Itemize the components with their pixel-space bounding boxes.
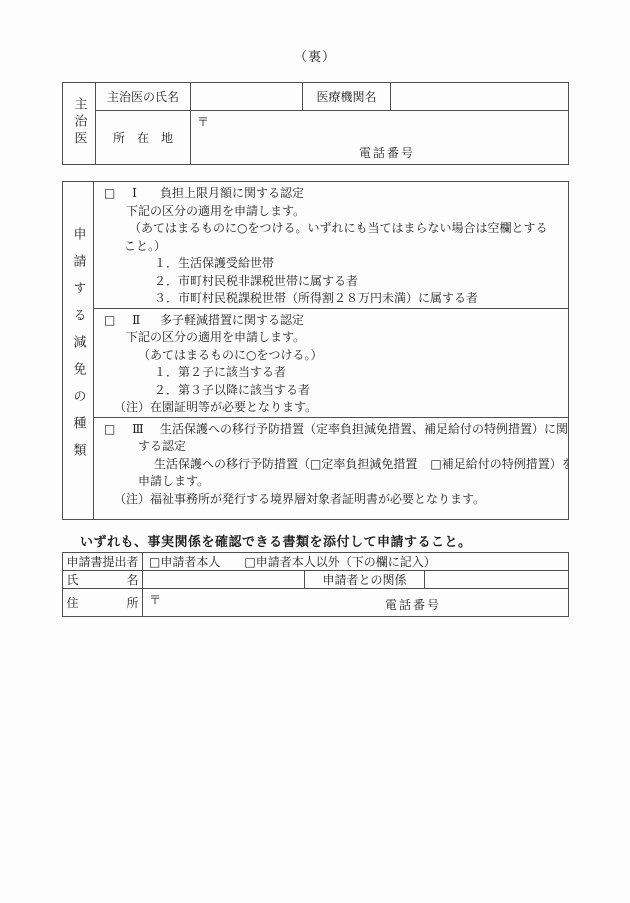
section-3-header: □ Ⅲ 生活保護への移行予防措置（定率負担減免措置、補足給付の特例措置）に関 [94,421,564,439]
section-3-cell: □ Ⅲ 生活保護への移行予防措置（定率負担減免措置、補足給付の特例措置）に関 す… [94,417,569,519]
flat-rate-reduction-label: 定率負担減免措置 [321,457,417,471]
section-2-note: （注）在園証明等が必要となります。 [94,399,564,417]
postal-mark-icon: 〒 [149,593,161,607]
section-1-item-1: １．生活保護受給世帯 [94,255,564,273]
section-1-header: □ Ⅰ 負担上限月額に関する認定 [94,185,564,203]
section-1-line-1: 下記の区分の適用を申請します。 [94,203,564,221]
postal-mark-icon: 〒 [197,115,209,129]
submitter-address-label: 住 所 [63,588,143,616]
section-3-apply-line: 生活保護への移行予防措置（□定率負担減免措置□補足給付の特例措置）を [94,456,564,474]
flat-rate-reduction-checkbox[interactable]: □ [310,457,321,471]
section-1-title: 負担上限月額に関する認定 [160,186,304,200]
doctor-group-label: 主治医 [70,97,89,148]
relation-label: 申請者との関係 [305,570,425,588]
applicant-other-checkbox[interactable]: □ [244,555,255,569]
attachment-note: いずれも、事実関係を確認できる書類を添付して申請すること。 [80,531,630,550]
application-group-label-cell: 申請する減免の種類 [63,182,94,520]
section-3-apply-pre: 生活保護への移行予防措置（ [154,457,310,471]
supplementary-benefit-label: 補足給付の特例措置 [442,457,550,471]
submitter-name-label: 氏 名 [63,570,143,588]
doctor-phone-label: 電話番号 [359,144,415,161]
institution-field[interactable] [391,83,569,111]
doctor-table: 主治医 主治医の氏名 医療機関名 所 在 地 〒 電話番号 [62,82,569,165]
submitter-label: 申請書提出者 [63,552,143,570]
submitter-options-cell: □申請者本人□申請者本人以外（下の欄に記入） [143,552,569,570]
section-1-cell: □ Ⅰ 負担上限月額に関する認定 下記の区分の適用を申請します。 （あてはまるも… [94,182,569,309]
section-3-apply-post: ）を [550,457,569,471]
section-2-title: 多子軽減措置に関する認定 [160,313,304,327]
page-side-label: （裏） [0,0,630,65]
section-3-note: （注）福祉事務所が発行する境界層対象者証明書が必要となります。 [94,491,564,509]
doctor-address-label: 所 在 地 [96,111,191,165]
doctor-address-field[interactable]: 〒 電話番号 [191,111,569,165]
section-2-line-2: （あてはまるものに○をつける。） [94,347,564,365]
section-3-checkbox[interactable]: □ [104,422,115,436]
doctor-name-field[interactable] [191,83,303,111]
section-2-item-1: １．第２子に該当する者 [94,364,564,382]
section-1-item-3: ３．市町村民税課税世帯（所得割２８万円未満）に属する者 [94,290,564,308]
section-1-line-3: こと。） [94,238,564,256]
section-3-numeral: Ⅲ [132,421,148,439]
applicant-self-label: 申請者本人 [160,555,220,569]
form-page-back: （裏） 主治医 主治医の氏名 医療機関名 所 在 地 〒 電話番号 申請する減免… [0,0,630,903]
doctor-name-label: 主治医の氏名 [96,83,191,111]
applicant-self-checkbox[interactable]: □ [149,555,160,569]
section-2-line-1: 下記の区分の適用を申請します。 [94,329,564,347]
section-1-item-2: ２．市町村民税非課税世帯に属する者 [94,273,564,291]
section-1-numeral: Ⅰ [132,185,148,203]
section-3-title: 生活保護への移行予防措置（定率負担減免措置、補足給付の特例措置）に関 [160,422,568,436]
section-2-header: □ Ⅱ 多子軽減措置に関する認定 [94,312,564,330]
section-1-checkbox[interactable]: □ [104,186,115,200]
applicant-other-label: 申請者本人以外（下の欄に記入） [256,555,436,569]
application-group-label: 申請する減免の種類 [69,227,88,470]
section-2-numeral: Ⅱ [132,312,148,330]
section-2-item-2: ２．第３子以降に該当する者 [94,382,564,400]
supplementary-benefit-checkbox[interactable]: □ [430,457,441,471]
section-2-checkbox[interactable]: □ [104,313,115,327]
submitter-name-field[interactable] [143,570,305,588]
submitter-phone-label: 電話番号 [385,596,441,613]
relation-field[interactable] [425,570,569,588]
submitter-table: 申請書提出者 □申請者本人□申請者本人以外（下の欄に記入） 氏 名 申請者との関… [62,552,569,617]
institution-label: 医療機関名 [303,83,391,111]
section-3-apply-cont: 申請します。 [94,473,564,491]
section-2-cell: □ Ⅱ 多子軽減措置に関する認定 下記の区分の適用を申請します。 （あてはまるも… [94,308,569,417]
doctor-group-label-cell: 主治医 [63,83,96,165]
section-3-title-cont: する認定 [94,438,564,456]
submitter-address-field[interactable]: 〒 電話番号 [143,588,569,616]
section-1-line-2: （あてはまるものに○をつける。いずれにも当てはまらない場合は空欄とする [94,220,564,238]
application-kind-table: 申請する減免の種類 □ Ⅰ 負担上限月額に関する認定 下記の区分の適用を申請しま… [62,181,569,520]
